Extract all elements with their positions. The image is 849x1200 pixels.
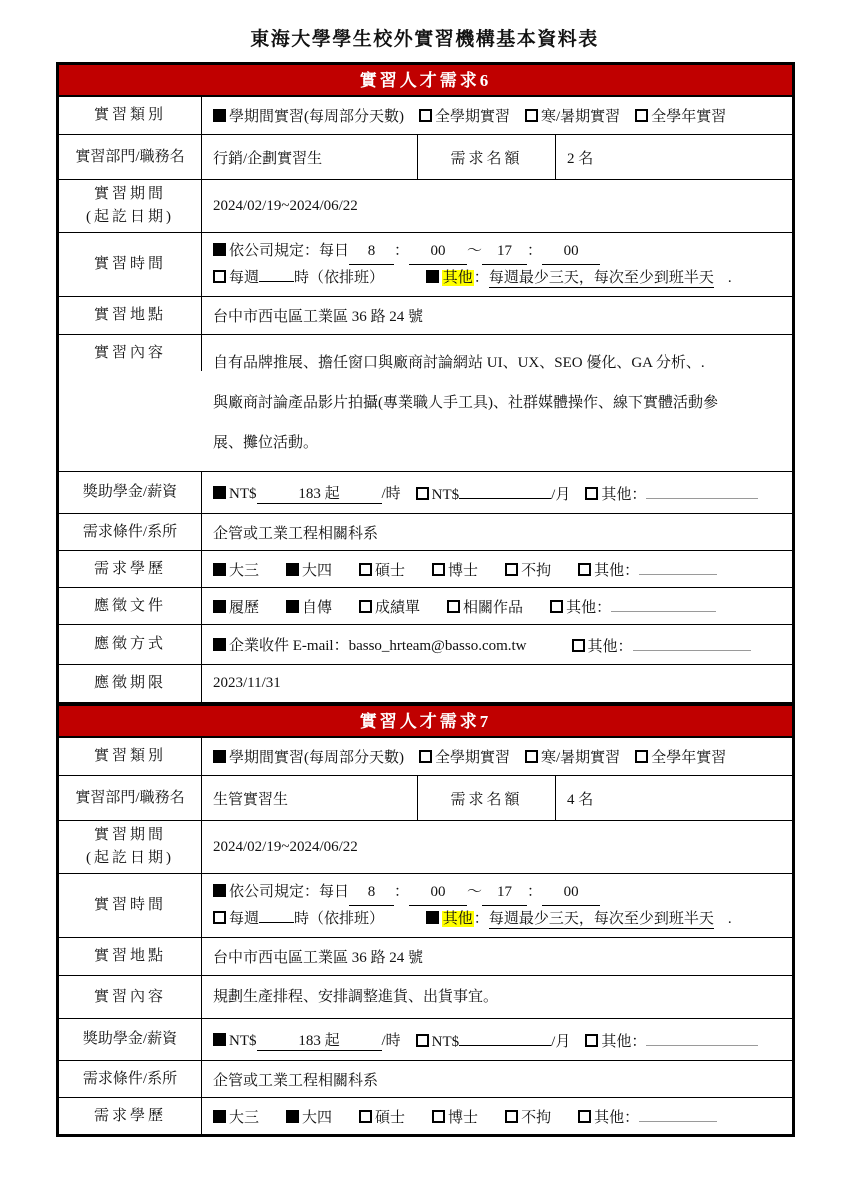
other-salary-blank	[646, 1029, 758, 1046]
row-content: 實習內容 自有品牌推展、擔任窗口與廠商討論網站 UI、UX、SEO 優化、GA …	[59, 334, 792, 471]
stray-period: .	[728, 270, 732, 286]
colon: ：	[527, 884, 542, 900]
education-options: 大三 大四 碩士 博士 不拘 其他：	[202, 551, 792, 587]
checkbox-option: 全學期實習	[419, 746, 510, 767]
checkbox-option: 大四	[286, 559, 332, 580]
checkbox-option: 大三	[213, 1106, 259, 1127]
option-label: 不拘	[521, 563, 551, 579]
requirement-value: 企管或工業工程相關科系	[202, 1061, 792, 1097]
time-options: 依公司規定：每日8：00～17：00 每週時（依排班） 其他：每週最少三天，每次…	[202, 233, 792, 296]
content-value: 規劃生產排程、安排調整進貨、出貨事宜。	[202, 976, 792, 1018]
label-quota: 需求名額	[418, 135, 556, 179]
highlighted-other-label: 其他	[442, 911, 474, 927]
checkbox-option: 不拘	[505, 559, 551, 580]
content-value: 自有品牌推展、擔任窗口與廠商討論網站 UI、UX、SEO 優化、GA 分析、. …	[202, 335, 792, 471]
label-time: 實習時間	[59, 874, 202, 937]
row-apply-method: 應徵方式 企業收件 E-mail：basso_hrteam@basso.com.…	[59, 624, 792, 664]
row-category: 實習類別 學期間實習(每周部分天數) 全學期實習 寒/暑期實習 全學年實習	[59, 738, 792, 775]
other-apply-blank	[633, 634, 751, 651]
checkbox-option: 企業收件 E-mail：basso_hrteam@basso.com.tw	[213, 634, 527, 655]
checkbox-icon	[213, 884, 226, 897]
checkbox-icon	[432, 563, 445, 576]
checkbox-icon	[359, 563, 372, 576]
option-label: 寒/暑期實習	[541, 750, 620, 766]
checkbox-icon	[635, 750, 648, 763]
checkbox-option: 博士	[432, 1106, 478, 1127]
option-label: 碩士	[375, 1110, 405, 1126]
checkbox-icon	[572, 639, 585, 652]
label-education: 需求學歷	[59, 551, 202, 587]
checkbox-icon	[578, 563, 591, 576]
label-documents: 應徵文件	[59, 588, 202, 624]
colon: ：	[474, 911, 489, 927]
hourly-amount-blank: 183 起	[257, 1029, 382, 1051]
checkbox-icon	[359, 1110, 372, 1123]
option-label: 博士	[448, 563, 478, 579]
row-documents: 應徵文件 履歷 自傳 成績單 相關作品 其他：	[59, 587, 792, 624]
option-label: 大四	[302, 1110, 332, 1126]
documents-options: 履歷 自傳 成績單 相關作品 其他：	[202, 588, 792, 624]
checkbox-option: 其他：	[585, 482, 758, 504]
colon: ：	[474, 270, 489, 286]
label-category: 實習類別	[59, 97, 202, 134]
stray-period: .	[728, 911, 732, 927]
row-time: 實習時間 依公司規定：每日8：00～17：00 每週時（依排班） 其他：每週最少…	[59, 232, 792, 296]
row-time: 實習時間 依公司規定：每日8：00～17：00 每週時（依排班） 其他：每週最少…	[59, 873, 792, 937]
label-education: 需求學歷	[59, 1098, 202, 1134]
unit-label: /時	[382, 1033, 401, 1049]
row-department: 實習部門/職務名 行銷/企劃實習生 需求名額 2 名	[59, 134, 792, 179]
checkbox-icon	[359, 600, 372, 613]
checkbox-icon	[419, 750, 432, 763]
option-label: 依公司規定：每日	[229, 884, 349, 900]
quota-value: 2 名	[556, 135, 792, 179]
label-time: 實習時間	[59, 233, 202, 296]
label-content: 實習內容	[59, 335, 202, 371]
checkbox-icon	[286, 1110, 299, 1123]
row-requirement: 需求條件/系所 企管或工業工程相關科系	[59, 513, 792, 550]
checkbox-option: 大三	[213, 559, 259, 580]
other-education-blank	[639, 1105, 717, 1122]
other-salary-blank	[646, 482, 758, 499]
option-label: 博士	[448, 1110, 478, 1126]
hour-to-blank: 17	[482, 879, 527, 906]
row-deadline: 應徵期限 2023/11/31	[59, 664, 792, 702]
label-period-line1: 實習期間	[94, 183, 166, 206]
checkbox-icon	[447, 600, 460, 613]
option-label: 學期間實習(每周部分天數)	[229, 109, 404, 125]
checkbox-option: 學期間實習(每周部分天數)	[213, 746, 404, 767]
checkbox-icon	[213, 243, 226, 256]
checkbox-option: 自傳	[286, 596, 332, 617]
checkbox-option: 碩士	[359, 559, 405, 580]
option-label: 履歷	[229, 600, 259, 616]
row-content: 實習內容 規劃生產排程、安排調整進貨、出貨事宜。	[59, 975, 792, 1018]
salary-options: NT$183 起/時 NT$/月 其他：	[202, 1019, 792, 1060]
period-value: 2024/02/19~2024/06/22	[202, 821, 792, 873]
row-requirement: 需求條件/系所 企管或工業工程相關科系	[59, 1060, 792, 1097]
option-label: 學期間實習(每周部分天數)	[229, 750, 404, 766]
checkbox-option: 其他：每週最少三天，每次至少到班半天.	[426, 270, 732, 286]
label-period-line1: 實習期間	[94, 824, 166, 847]
content-line: 規劃生產排程、安排調整進貨、出貨事宜。	[213, 984, 784, 1010]
option-label: 全學期實習	[435, 750, 510, 766]
checkbox-icon	[416, 1034, 429, 1047]
time-options: 依公司規定：每日8：00～17：00 每週時（依排班） 其他：每週最少三天，每次…	[202, 874, 792, 937]
label-quota: 需求名額	[418, 776, 556, 820]
checkbox-option: 其他：	[550, 595, 716, 617]
checkbox-icon	[525, 109, 538, 122]
option-label: 成績單	[375, 600, 420, 616]
checkbox-option: 博士	[432, 559, 478, 580]
table-6-header: 實習人才需求6	[59, 65, 792, 97]
hour-from-blank: 8	[349, 879, 394, 906]
label-requirement: 需求條件/系所	[59, 514, 202, 550]
label-period-line2: (起訖日期)	[86, 847, 174, 870]
option-label: 其他：	[601, 1034, 646, 1050]
checkbox-option: 寒/暑期實習	[525, 746, 620, 767]
email-option-label: 企業收件 E-mail：basso_hrteam@basso.com.tw	[229, 638, 527, 654]
checkbox-icon	[432, 1110, 445, 1123]
minute-to-blank: 00	[542, 879, 600, 906]
option-label: 時（依排班）	[294, 911, 384, 927]
option-label: 碩士	[375, 563, 405, 579]
checkbox-icon	[213, 270, 226, 283]
checkbox-option: 成績單	[359, 596, 420, 617]
checkbox-icon	[578, 1110, 591, 1123]
checkbox-icon	[213, 1110, 226, 1123]
checkbox-icon	[550, 600, 563, 613]
label-period: 實習期間 (起訖日期)	[59, 821, 202, 873]
checkbox-option: NT$183 起/時	[213, 1029, 401, 1051]
department-value: 生管實習生	[202, 776, 418, 820]
location-value: 台中市西屯區工業區 36 路 24 號	[202, 938, 792, 975]
minute-from-blank: 00	[409, 238, 467, 265]
row-salary: 獎助學金/薪資 NT$183 起/時 NT$/月 其他：	[59, 1018, 792, 1060]
checkbox-icon	[505, 1110, 518, 1123]
colon: ：	[394, 884, 409, 900]
checkbox-icon	[525, 750, 538, 763]
row-department: 實習部門/職務名 生管實習生 需求名額 4 名	[59, 775, 792, 820]
row-period: 實習期間 (起訖日期) 2024/02/19~2024/06/22	[59, 820, 792, 873]
checkbox-option: 每週時（依排班）	[213, 270, 384, 286]
checkbox-option: 其他：每週最少三天，每次至少到班半天.	[426, 911, 732, 927]
deadline-value: 2023/11/31	[202, 665, 792, 702]
checkbox-icon	[213, 750, 226, 763]
checkbox-option: 大四	[286, 1106, 332, 1127]
checkbox-icon	[585, 1034, 598, 1047]
checkbox-icon	[419, 109, 432, 122]
option-label: 每週	[229, 911, 259, 927]
checkbox-icon	[426, 270, 439, 283]
checkbox-icon	[426, 911, 439, 924]
row-category: 實習類別 學期間實習(每周部分天數) 全學期實習 寒/暑期實習 全學年實習	[59, 97, 792, 134]
unit-label: /月	[551, 487, 570, 503]
page-title: 東海大學學生校外實習機構基本資料表	[0, 24, 849, 51]
unit-label: /月	[551, 1034, 570, 1050]
label-location: 實習地點	[59, 938, 202, 975]
education-options: 大三 大四 碩士 博士 不拘 其他：	[202, 1098, 792, 1134]
row-location: 實習地點 台中市西屯區工業區 36 路 24 號	[59, 937, 792, 975]
content-line: 展、攤位活動。	[213, 423, 784, 463]
checkbox-option: 其他：	[578, 558, 717, 580]
internship-demand-table-6: 實習人才需求6 實習類別 學期間實習(每周部分天數) 全學期實習 寒/暑期實習 …	[56, 62, 795, 705]
option-label: 相關作品	[463, 600, 523, 616]
category-options: 學期間實習(每周部分天數) 全學期實習 寒/暑期實習 全學年實習	[202, 97, 792, 134]
apply-method-options: 企業收件 E-mail：basso_hrteam@basso.com.tw 其他…	[202, 625, 792, 664]
option-label: 大四	[302, 563, 332, 579]
checkbox-icon	[213, 911, 226, 924]
quota-value: 4 名	[556, 776, 792, 820]
option-label: 寒/暑期實習	[541, 109, 620, 125]
checkbox-icon	[416, 487, 429, 500]
option-label: 不拘	[521, 1110, 551, 1126]
checkbox-option: 全學期實習	[419, 105, 510, 126]
row-education: 需求學歷 大三 大四 碩士 博士 不拘 其他：	[59, 550, 792, 587]
colon: ：	[394, 243, 409, 259]
option-label: 全學期實習	[435, 109, 510, 125]
minute-from-blank: 00	[409, 879, 467, 906]
checkbox-option: 履歷	[213, 596, 259, 617]
location-value: 台中市西屯區工業區 36 路 24 號	[202, 297, 792, 334]
tilde: ～	[467, 243, 482, 259]
row-salary: 獎助學金/薪資 NT$183 起/時 NT$/月 其他：	[59, 471, 792, 513]
checkbox-option: 不拘	[505, 1106, 551, 1127]
label-apply-method: 應徵方式	[59, 625, 202, 664]
checkbox-option: NT$/月	[416, 482, 571, 504]
weekly-hours-blank	[259, 906, 294, 923]
department-value: 行銷/企劃實習生	[202, 135, 418, 179]
checkbox-option: NT$/月	[416, 1029, 571, 1051]
other-documents-blank	[611, 595, 716, 612]
time-weekly-and-other: 每週時（依排班） 其他：每週最少三天，每次至少到班半天.	[213, 906, 784, 932]
checkbox-icon	[585, 487, 598, 500]
checkbox-option: 其他：	[572, 634, 751, 656]
label-salary: 獎助學金/薪資	[59, 472, 202, 513]
checkbox-icon	[505, 563, 518, 576]
salary-options: NT$183 起/時 NT$/月 其他：	[202, 472, 792, 513]
time-company-rule: 依公司規定：每日8：00～17：00	[213, 238, 784, 265]
hour-to-blank: 17	[482, 238, 527, 265]
category-options: 學期間實習(每周部分天數) 全學期實習 寒/暑期實習 全學年實習	[202, 738, 792, 775]
checkbox-option: 相關作品	[447, 596, 523, 617]
option-label: 其他：	[588, 639, 633, 655]
row-education: 需求學歷 大三 大四 碩士 博士 不拘 其他：	[59, 1097, 792, 1134]
checkbox-option: 全學年實習	[635, 105, 726, 126]
checkbox-option: NT$183 起/時	[213, 482, 401, 504]
weekly-hours-blank	[259, 265, 294, 282]
checkbox-icon	[213, 486, 226, 499]
internship-demand-table-7: 實習人才需求7 實習類別 學期間實習(每周部分天數) 全學期實習 寒/暑期實習 …	[56, 703, 795, 1137]
label-content: 實習內容	[59, 976, 202, 1018]
option-label: 全學年實習	[651, 109, 726, 125]
label-category: 實習類別	[59, 738, 202, 775]
checkbox-icon	[213, 600, 226, 613]
label-salary: 獎助學金/薪資	[59, 1019, 202, 1060]
requirement-value: 企管或工業工程相關科系	[202, 514, 792, 550]
label-department: 實習部門/職務名	[59, 135, 202, 179]
checkbox-icon	[213, 1033, 226, 1046]
label-department: 實習部門/職務名	[59, 776, 202, 820]
highlighted-other-label: 其他	[442, 270, 474, 286]
checkbox-option: 其他：	[578, 1105, 717, 1127]
checkbox-option: 學期間實習(每周部分天數)	[213, 105, 404, 126]
other-time-value: 每週最少三天，每次至少到班半天	[489, 270, 714, 288]
minute-to-blank: 00	[542, 238, 600, 265]
checkbox-icon	[213, 638, 226, 651]
option-label: 其他：	[601, 487, 646, 503]
checkbox-icon	[286, 600, 299, 613]
option-label: 自傳	[302, 600, 332, 616]
table-7-header: 實習人才需求7	[59, 706, 792, 738]
option-label: 其他：	[594, 563, 639, 579]
option-label: 其他：	[594, 1110, 639, 1126]
currency-label: NT$	[229, 486, 257, 502]
label-period-line2: (起訖日期)	[86, 206, 174, 229]
colon: ：	[527, 243, 542, 259]
other-time-value: 每週最少三天，每次至少到班半天	[489, 911, 714, 929]
checkbox-icon	[213, 109, 226, 122]
option-label: 全學年實習	[651, 750, 726, 766]
option-label: 每週	[229, 270, 259, 286]
hourly-amount-blank: 183 起	[257, 482, 382, 504]
hour-from-blank: 8	[349, 238, 394, 265]
checkbox-icon	[635, 109, 648, 122]
other-education-blank	[639, 558, 717, 575]
unit-label: /時	[382, 486, 401, 502]
monthly-amount-blank	[459, 482, 551, 499]
label-requirement: 需求條件/系所	[59, 1061, 202, 1097]
period-value: 2024/02/19~2024/06/22	[202, 180, 792, 232]
content-line: 與廠商討論產品影片拍攝(專業職人手工具)、社群媒體操作、線下實體活動參	[213, 383, 784, 423]
option-label: 時（依排班）	[294, 270, 384, 286]
time-weekly-and-other: 每週時（依排班） 其他：每週最少三天，每次至少到班半天.	[213, 265, 784, 291]
option-label: 大三	[229, 1110, 259, 1126]
tilde: ～	[467, 884, 482, 900]
checkbox-icon	[286, 563, 299, 576]
checkbox-option: 寒/暑期實習	[525, 105, 620, 126]
currency-label: NT$	[432, 1034, 460, 1050]
row-location: 實習地點 台中市西屯區工業區 36 路 24 號	[59, 296, 792, 334]
content-line: 自有品牌推展、擔任窗口與廠商討論網站 UI、UX、SEO 優化、GA 分析、.	[213, 343, 784, 383]
label-location: 實習地點	[59, 297, 202, 334]
checkbox-option: 全學年實習	[635, 746, 726, 767]
option-label: 依公司規定：每日	[229, 243, 349, 259]
label-period: 實習期間 (起訖日期)	[59, 180, 202, 232]
currency-label: NT$	[432, 487, 460, 503]
label-deadline: 應徵期限	[59, 665, 202, 702]
checkbox-option: 每週時（依排班）	[213, 911, 384, 927]
option-label: 大三	[229, 563, 259, 579]
checkbox-option: 其他：	[585, 1029, 758, 1051]
checkbox-option: 碩士	[359, 1106, 405, 1127]
monthly-amount-blank	[459, 1029, 551, 1046]
checkbox-icon	[213, 563, 226, 576]
currency-label: NT$	[229, 1033, 257, 1049]
row-period: 實習期間 (起訖日期) 2024/02/19~2024/06/22	[59, 179, 792, 232]
time-company-rule: 依公司規定：每日8：00～17：00	[213, 879, 784, 906]
option-label: 其他：	[566, 600, 611, 616]
